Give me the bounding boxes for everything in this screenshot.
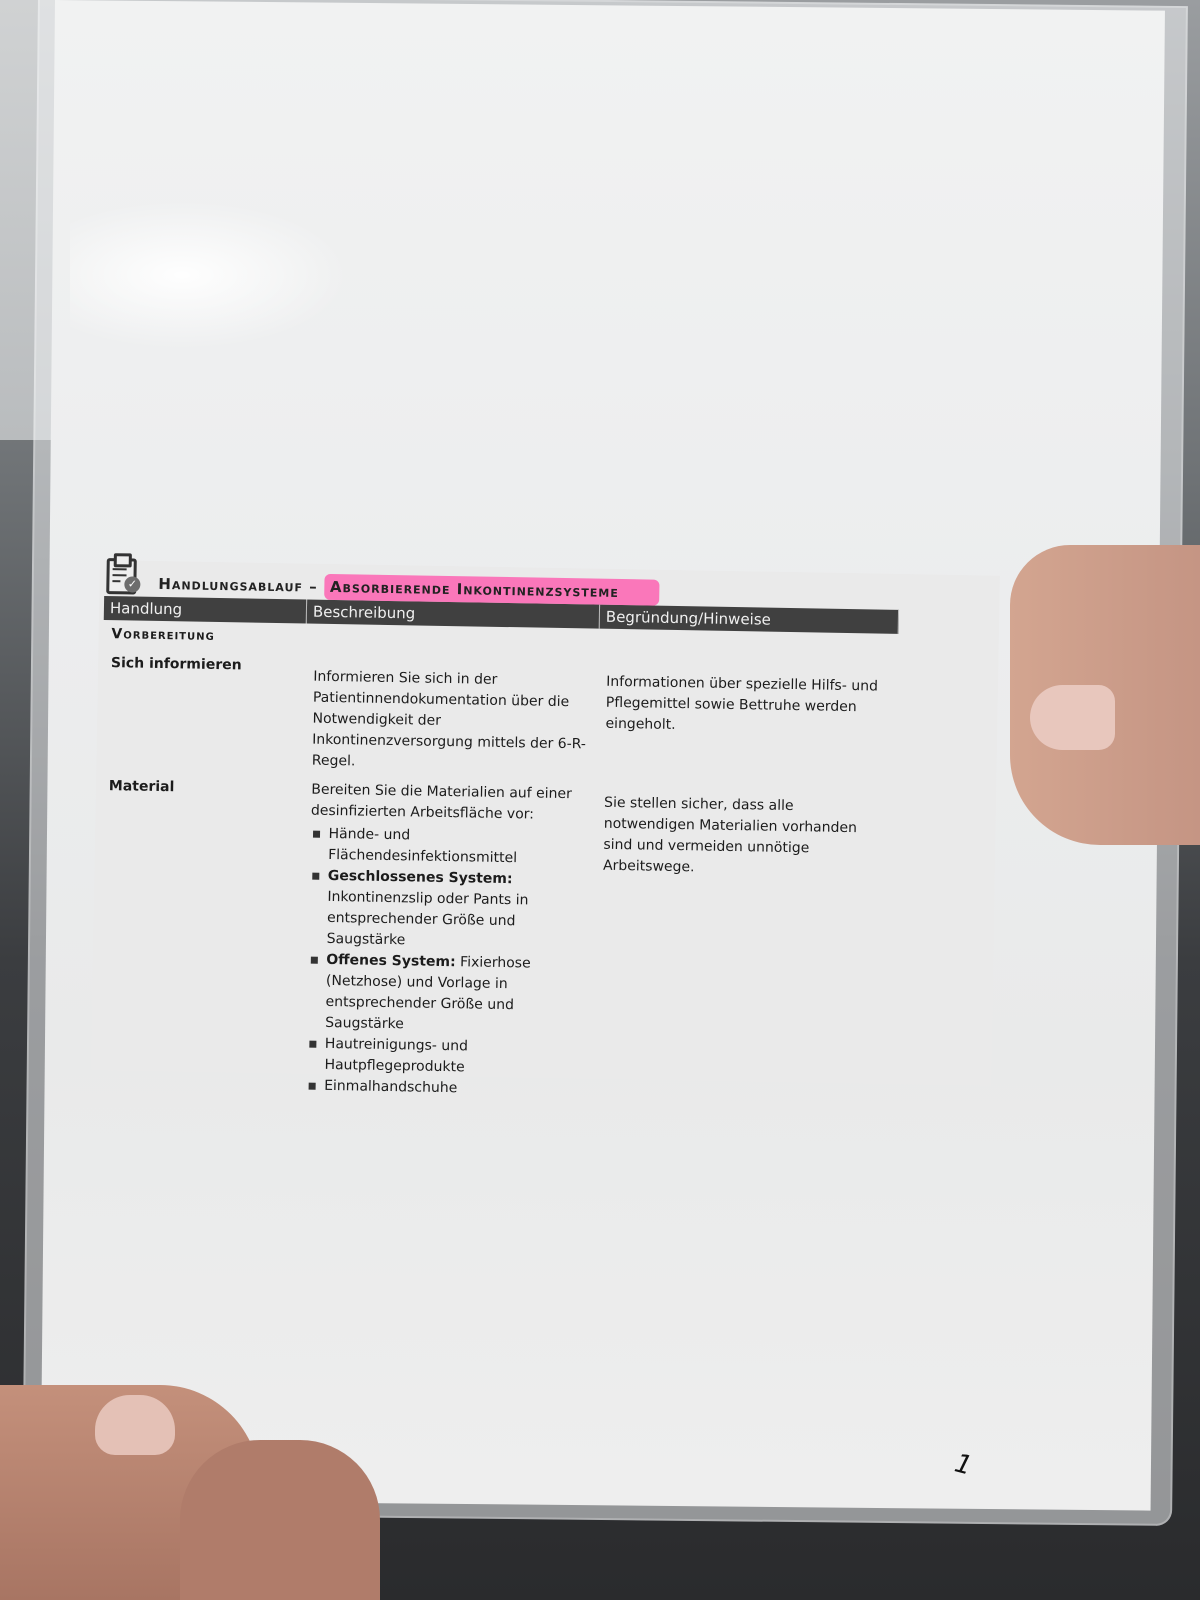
row-reason: Sie stellen sicher, dass alle notwendige… — [591, 781, 896, 1111]
table-row: Sich informieren Informieren Sie sich in… — [101, 649, 898, 786]
list-item: Geschlossenes System: Inkontinenzslip od… — [309, 866, 587, 955]
row-description: Bereiten Sie die Materialien auf einer d… — [298, 776, 597, 1106]
left-thumbnail — [95, 1395, 175, 1455]
material-intro: Bereiten Sie die Materialien auf einer d… — [311, 780, 589, 827]
list-item: Hautreinigungs- und Hautpflegeprodukte — [306, 1034, 584, 1081]
clipboard-check-icon: ✓ — [104, 552, 139, 593]
list-item: Offenes System: Fixierhose (Netzhose) un… — [307, 950, 585, 1039]
procedure-table: Handlung Beschreibung Begründung/Hinweis… — [95, 596, 899, 1111]
title-prefix: Handlungsablauf – — [158, 575, 324, 596]
light-glare — [70, 200, 350, 350]
material-list: Hände- und Flächendesinfektionsmittel Ge… — [306, 824, 588, 1102]
row-reason: Informationen über spezielle Hilfs- und … — [597, 658, 898, 786]
row-action: Sich informieren — [101, 649, 306, 776]
right-thumbnail — [1030, 685, 1115, 750]
list-item: Einmalhandschuhe — [306, 1076, 583, 1102]
document: ✓ Handlungsablauf – Absorbierende Inkont… — [95, 548, 904, 1111]
list-item: Hände- und Flächendesinfektionsmittel — [310, 824, 588, 871]
row-description: Informieren Sie sich in der Patientinnen… — [304, 653, 599, 781]
table-row: Material Bereiten Sie die Materialien au… — [95, 772, 895, 1111]
left-fingers — [180, 1440, 380, 1600]
row-action: Material — [95, 772, 303, 1100]
column-header-handlung: Handlung — [104, 596, 307, 624]
